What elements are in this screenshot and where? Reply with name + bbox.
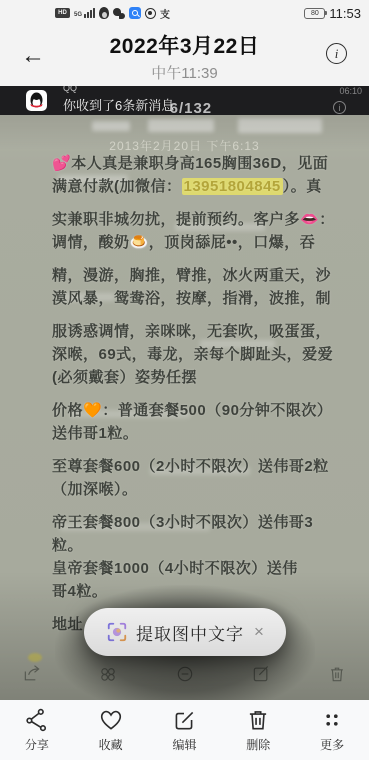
photo-text-line: 实兼职非城勿扰，提前预约。客户多👄： <box>52 208 355 231</box>
photo-text-line: 送伟哥1粒。 <box>52 422 355 445</box>
photo-text-line: 精，漫游，胸推，臂推，冰火两重天，沙 <box>52 264 355 287</box>
photo-paragraph: 精，漫游，胸推，臂推，冰火两重天，沙漠风暴，鸳鸯浴，按摩，指滑，波推，制 <box>52 264 355 310</box>
photo-paragraph: 💕本人真是兼职身高165胸围36D，见面满意付款(加微信：13951804845… <box>52 152 355 198</box>
inner-delete-icon <box>327 664 347 684</box>
notification-banner[interactable]: QQ 你收到了6条新消息 06:10 6/132 i <box>0 86 369 115</box>
extract-text-pill[interactable]: 提取图中文字 × <box>84 608 286 656</box>
header: ← 2022年3月22日 中午11:39 i <box>0 26 369 86</box>
page-subtitle: 中午11:39 <box>60 62 309 83</box>
inner-share-icon <box>22 664 42 684</box>
share-icon <box>24 707 50 733</box>
search-status-icon <box>129 7 141 19</box>
photo-paragraph: 至尊套餐600（2小时不限次）送伟哥2粒（加深喉）。 <box>52 455 355 501</box>
bottom-toolbar: 分享 收藏 编辑 删除 更多 <box>0 700 369 760</box>
inner-favorite-icon <box>98 664 118 684</box>
more-button[interactable]: 更多 <box>302 707 362 753</box>
photo-text-line: （加深喉）。 <box>52 478 355 501</box>
photo-text-line: 价格🧡：普通套餐500（90分钟不限次） <box>52 399 355 422</box>
status-icons: HD 5G 支 <box>55 6 170 21</box>
notification-app-name: QQ <box>63 86 77 93</box>
recorder-status-icon <box>145 8 156 19</box>
qq-app-icon <box>26 90 47 111</box>
photo-paragraph: 服诱惑调情，亲咪咪，无套吹，吸蛋蛋，深喉，69式，毒龙，亲每个脚趾头，爱爱(必须… <box>52 320 355 389</box>
favorite-button[interactable]: 收藏 <box>81 707 141 753</box>
notification-time: 06:10 <box>339 86 362 96</box>
photo-text-line: 调情，酸奶🍮，顶岗舔屁••，口爆，吞 <box>52 231 355 254</box>
back-button[interactable]: ← <box>18 42 48 72</box>
photo-counter: 6/132 <box>170 100 213 115</box>
delete-icon <box>245 707 271 733</box>
edit-icon <box>171 707 197 733</box>
photo-text-line: 至尊套餐600（2小时不限次）送伟哥2粒 <box>52 455 355 478</box>
edit-button[interactable]: 编辑 <box>154 707 214 753</box>
photo-viewport[interactable]: 2013年2月20日 下午6:13 💕本人真是兼职身高165胸围36D，见面满意… <box>0 115 369 700</box>
photo-text-line: 帝王套餐800（3小时不限次）送伟哥3 <box>52 511 355 534</box>
favorite-icon <box>98 707 124 733</box>
page-title: 2022年3月22日 <box>60 30 309 60</box>
extract-text-label: 提取图中文字 <box>136 620 244 645</box>
photo-text-line: 服诱惑调情，亲咪咪，无套吹，吸蛋蛋， <box>52 320 355 343</box>
photo-text-line: 💕本人真是兼职身高165胸围36D，见面 <box>52 152 355 175</box>
share-button[interactable]: 分享 <box>7 707 67 753</box>
info-button[interactable]: i <box>326 43 347 64</box>
photo-text-line: (必须戴套）姿势任摆 <box>52 366 355 389</box>
header-titles: 2022年3月22日 中午11:39 <box>60 30 309 83</box>
inner-circle-icon <box>175 664 195 684</box>
photo-paragraph: 实兼职非城勿扰，提前预约。客户多👄：调情，酸奶🍮，顶岗舔屁••，口爆，吞 <box>52 208 355 254</box>
qq-status-icon <box>99 7 109 19</box>
chat-status-icon <box>113 8 125 19</box>
battery-icon: 80 <box>304 8 325 19</box>
photo-paragraph: 帝王套餐800（3小时不限次）送伟哥3粒。皇帝套餐1000（4小时不限次）送伟哥… <box>52 511 355 603</box>
photo-text-block: 💕本人真是兼职身高165胸围36D，见面满意付款(加微信：13951804845… <box>52 152 355 646</box>
photo-text-line: 深喉，69式，毒龙，亲每个脚趾头，爱爱 <box>52 343 355 366</box>
photo-artifact <box>28 653 42 662</box>
more-icon <box>319 707 345 733</box>
share-label: 分享 <box>25 736 49 753</box>
edit-label: 编辑 <box>172 736 196 753</box>
signal-icon: 5G <box>74 8 95 18</box>
delete-label: 删除 <box>246 736 270 753</box>
pill-close-icon[interactable]: × <box>254 622 264 642</box>
photo-text-line: 满意付款(加微信：13951804845）。真 <box>52 175 355 198</box>
photo-paragraph: 价格🧡：普通套餐500（90分钟不限次）送伟哥1粒。 <box>52 399 355 445</box>
gallery-app: HD 5G 支 80 11:53 ← 2022年3月22日 中午11:39 i <box>0 0 369 760</box>
inner-screenshot-toolbar <box>0 664 369 694</box>
photo-text-line: 皇帝套餐1000（4小时不限次）送伟 <box>52 557 355 580</box>
text-scan-icon <box>106 621 128 643</box>
photo-text-line: 粒。 <box>52 534 355 557</box>
more-label: 更多 <box>320 736 344 753</box>
alipay-status-icon: 支 <box>160 6 170 21</box>
delete-button[interactable]: 删除 <box>228 707 288 753</box>
photo-text-line: 哥4粒。 <box>52 580 355 603</box>
status-time: 11:53 <box>329 6 361 21</box>
inner-edit-icon <box>251 664 271 684</box>
photo-text-line: 漠风暴，鸳鸯浴，按摩，指滑，波推，制 <box>52 287 355 310</box>
inner-info-icon: i <box>333 101 346 114</box>
hd-icon: HD <box>55 8 70 18</box>
signal-label: 5G <box>74 12 82 18</box>
status-bar: HD 5G 支 80 11:53 <box>0 0 369 26</box>
favorite-label: 收藏 <box>99 736 123 753</box>
notification-message: 你收到了6条新消息 <box>63 95 174 114</box>
status-right: 80 11:53 <box>304 6 361 21</box>
